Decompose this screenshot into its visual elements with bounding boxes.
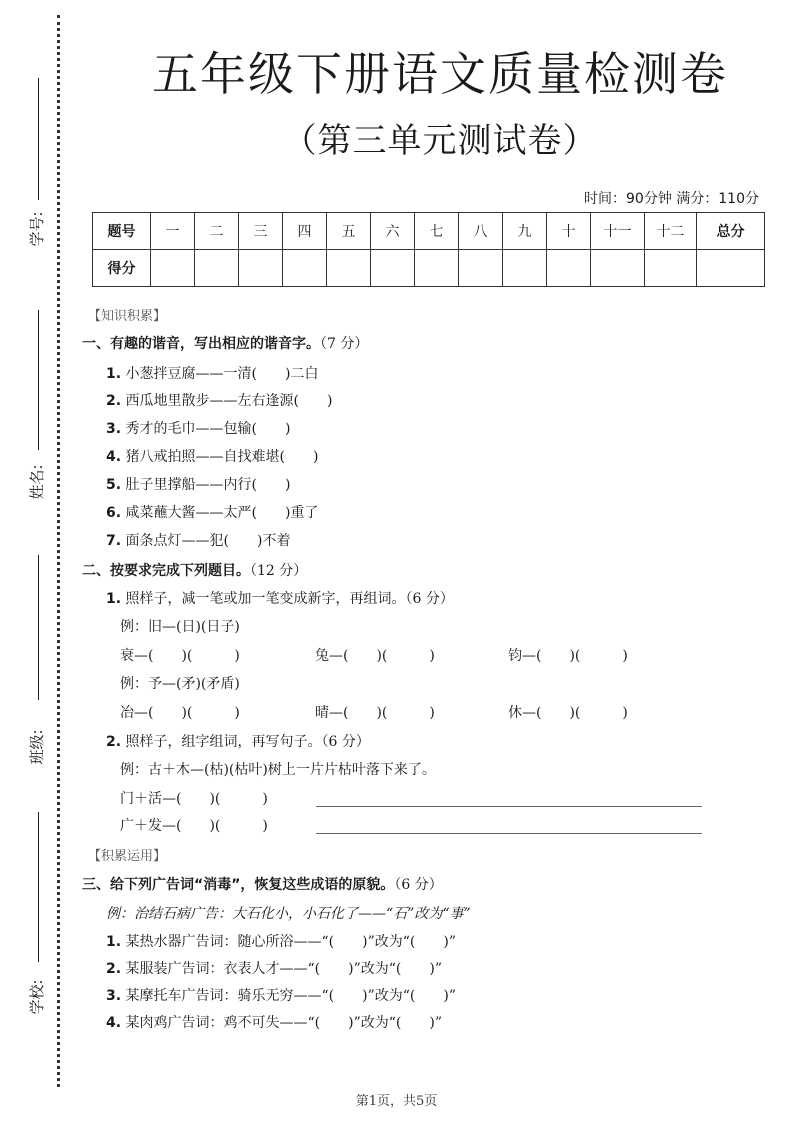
item-number: 2. <box>106 734 121 750</box>
col-header: 八 <box>459 213 503 250</box>
question-2-title: 二、按要求完成下列题目。 <box>82 563 250 579</box>
sentence-answer-line[interactable] <box>316 806 702 807</box>
cut-line-dotted <box>57 15 60 1087</box>
q3-example: 例：治结石病广告：大石化小，小石化了——“石”改为“事” <box>106 903 471 923</box>
item-number: 4. <box>106 1015 121 1031</box>
item-number: 3. <box>106 421 121 437</box>
item-text: 秀才的毛巾——包输( ) <box>126 421 291 437</box>
q2-sub1-prompt: 1. 照样子，减一笔或加一笔变成新字，再组词。（6 分） <box>106 588 454 608</box>
section-tag-knowledge: 【知识积累】 <box>88 305 166 324</box>
col-header: 七 <box>415 213 459 250</box>
q2-sub1-answer[interactable]: 休—( )( ) <box>508 702 628 722</box>
item-number: 4. <box>106 449 121 465</box>
col-header: 五 <box>327 213 371 250</box>
score-cell[interactable] <box>195 250 239 287</box>
exam-meta: 时间：90分钟 满分：110分 <box>584 188 759 208</box>
class-blank[interactable] <box>38 555 39 700</box>
item-number: 3. <box>106 988 121 1004</box>
col-header: 一 <box>151 213 195 250</box>
item-text: 某摩托车广告词：骑乐无穷——“( )”改为“( )” <box>126 988 456 1004</box>
item-number: 1. <box>106 591 121 607</box>
school-label: 学校: <box>14 975 58 1019</box>
item-number: 1. <box>106 366 121 382</box>
question-3-points: （6 分） <box>394 877 442 893</box>
item-number: 1. <box>106 934 121 950</box>
score-cell-total[interactable] <box>697 250 765 287</box>
col-header: 三 <box>239 213 283 250</box>
score-table: 题号 一 二 三 四 五 六 七 八 九 十 十一 十二 总分 得分 <box>92 212 765 287</box>
score-cell[interactable] <box>283 250 327 287</box>
question-3-title: 三、给下列广告词“消毒”，恢复这些成语的原貌。 <box>82 877 394 893</box>
name-blank[interactable] <box>38 310 39 450</box>
item-text: 某肉鸡广告词：鸡不可失——“( )”改为“( )” <box>126 1015 442 1031</box>
item-text: 面条点灯——犯( )不着 <box>126 533 291 549</box>
col-header: 十 <box>547 213 591 250</box>
item-text: 照样子，组字组词，再写句子。（6 分） <box>126 734 370 750</box>
score-cell[interactable] <box>327 250 371 287</box>
score-cell[interactable] <box>239 250 283 287</box>
item-number: 2. <box>106 393 121 409</box>
name-label: 姓名: <box>14 460 58 504</box>
item-text: 某服装广告词：衣表人才——“( )”改为“( )” <box>126 961 442 977</box>
item-text: 肚子里撑船——内行( ) <box>126 477 291 493</box>
q2-sub1-answer[interactable]: 兔—( )( ) <box>315 645 435 665</box>
section-tag-application: 【积累运用】 <box>88 845 166 864</box>
q1-item: 3. 秀才的毛巾——包输( ) <box>106 418 290 438</box>
q1-item: 6. 咸菜蘸大酱——太严( )重了 <box>106 502 318 522</box>
q1-item: 5. 肚子里撑船——内行( ) <box>106 474 290 494</box>
sentence-answer-line[interactable] <box>316 833 702 834</box>
score-table-score-row: 得分 <box>93 250 765 287</box>
q3-item[interactable]: 3. 某摩托车广告词：骑乐无穷——“( )”改为“( )” <box>106 985 456 1005</box>
col-header: 九 <box>503 213 547 250</box>
score-cell[interactable] <box>415 250 459 287</box>
q2-sub1-answer[interactable]: 冶—( )( ) <box>120 702 240 722</box>
q2-sub1-answer[interactable]: 晴—( )( ) <box>315 702 435 722</box>
item-text: 西瓜地里散步——左右逢源( ) <box>126 393 333 409</box>
col-header-total: 总分 <box>697 213 765 250</box>
question-1-title: 一、有趣的谐音，写出相应的谐音字。 <box>82 336 320 352</box>
item-text: 照样子，减一笔或加一笔变成新字，再组词。（6 分） <box>126 591 454 607</box>
q2-sub2-answer[interactable]: 门＋活—( )( ) <box>120 788 268 808</box>
question-1-points: （7 分） <box>320 336 368 352</box>
item-number: 7. <box>106 533 121 549</box>
q2-sub1-example-2: 例：予—(矛)(矛盾) <box>120 673 240 693</box>
score-table-header-row: 题号 一 二 三 四 五 六 七 八 九 十 十一 十二 总分 <box>93 213 765 250</box>
score-cell[interactable] <box>371 250 415 287</box>
q2-sub2-example: 例：古＋木—(枯)(枯叶)树上一片片枯叶落下来了。 <box>120 759 436 779</box>
q2-sub2-prompt: 2. 照样子，组字组词，再写句子。（6 分） <box>106 731 370 751</box>
q3-item[interactable]: 1. 某热水器广告词：随心所浴——“( )”改为“( )” <box>106 931 456 951</box>
item-text: 小葱拌豆腐——一清( )二白 <box>126 366 319 382</box>
student-id-blank[interactable] <box>38 78 39 200</box>
class-label: 班级: <box>14 725 58 769</box>
q1-item: 7. 面条点灯——犯( )不着 <box>106 530 290 550</box>
q2-sub2-answer[interactable]: 广＋发—( )( ) <box>120 815 268 835</box>
item-number: 2. <box>106 961 121 977</box>
score-cell[interactable] <box>645 250 697 287</box>
q1-item: 1. 小葱拌豆腐——一清( )二白 <box>106 363 318 383</box>
score-cell[interactable] <box>151 250 195 287</box>
q1-item: 2. 西瓜地里散步——左右逢源( ) <box>106 390 332 410</box>
question-2-points: （12 分） <box>250 563 307 579</box>
item-text: 某热水器广告词：随心所浴——“( )”改为“( )” <box>126 934 456 950</box>
row-label-score: 得分 <box>93 250 151 287</box>
question-2-heading: 二、按要求完成下列题目。（12 分） <box>82 560 307 580</box>
page-number: 第1页，共5页 <box>0 1090 793 1109</box>
q3-item[interactable]: 2. 某服装广告词：衣表人才——“( )”改为“( )” <box>106 958 442 978</box>
item-text: 猪八戒拍照——自找难堪( ) <box>126 449 319 465</box>
col-header: 二 <box>195 213 239 250</box>
score-cell[interactable] <box>503 250 547 287</box>
item-number: 5. <box>106 477 121 493</box>
col-header: 十一 <box>591 213 645 250</box>
q1-item: 4. 猪八戒拍照——自找难堪( ) <box>106 446 318 466</box>
col-header: 十二 <box>645 213 697 250</box>
school-blank[interactable] <box>38 812 39 962</box>
student-id-label: 学号: <box>14 207 58 251</box>
page-title: 五年级下册语文质量检测卷 <box>90 38 790 104</box>
page-subtitle: （第三单元测试卷） <box>90 113 790 162</box>
item-number: 6. <box>106 505 121 521</box>
q2-sub1-answer[interactable]: 衰—( )( ) <box>120 645 240 665</box>
score-cell[interactable] <box>459 250 503 287</box>
col-header: 六 <box>371 213 415 250</box>
q3-item[interactable]: 4. 某肉鸡广告词：鸡不可失——“( )”改为“( )” <box>106 1012 442 1032</box>
q2-sub1-example-1: 例：旧—(日)(日子) <box>120 616 240 636</box>
item-text: 咸菜蘸大酱——太严( )重了 <box>126 505 319 521</box>
question-3-heading: 三、给下列广告词“消毒”，恢复这些成语的原貌。（6 分） <box>82 874 443 894</box>
col-header: 四 <box>283 213 327 250</box>
row-label-question-no: 题号 <box>93 213 151 250</box>
score-cell[interactable] <box>591 250 645 287</box>
q2-sub1-answer[interactable]: 钧—( )( ) <box>508 645 628 665</box>
question-1-heading: 一、有趣的谐音，写出相应的谐音字。（7 分） <box>82 333 368 353</box>
score-cell[interactable] <box>547 250 591 287</box>
